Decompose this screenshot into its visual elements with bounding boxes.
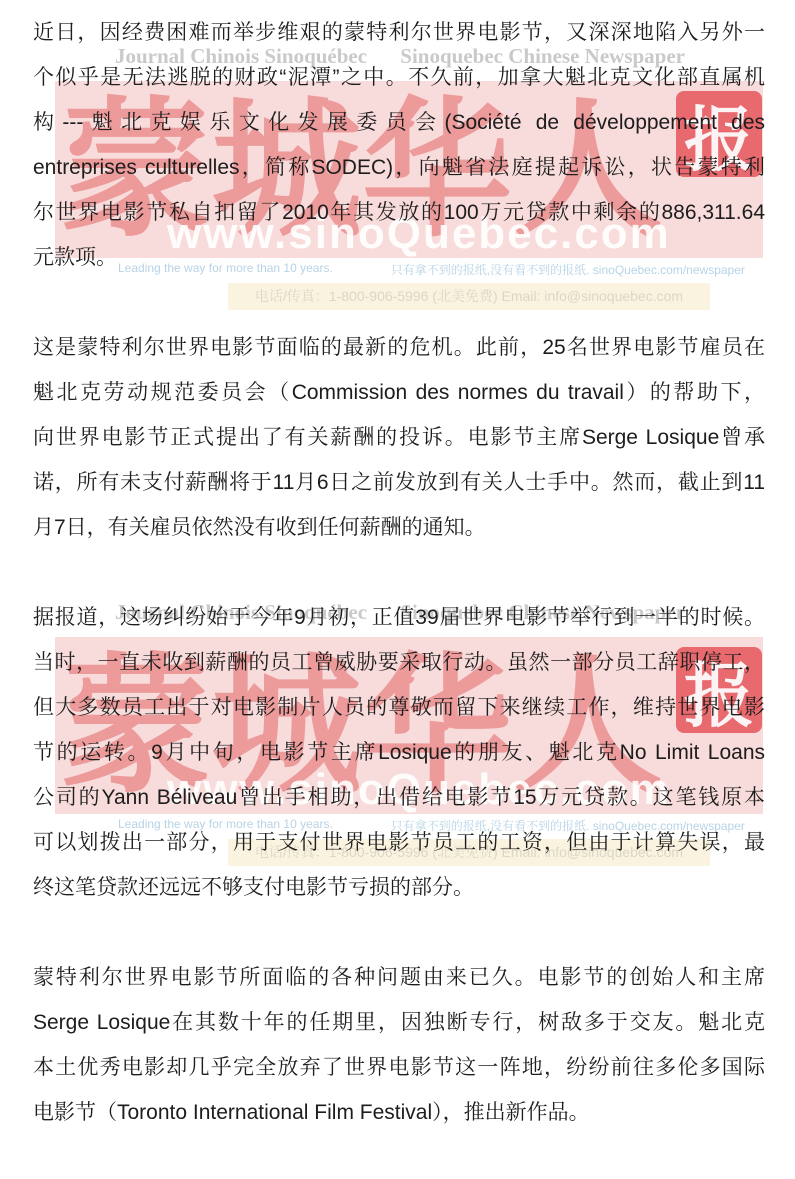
text-line: 电影节（Toronto International Film Festival）… <box>33 1090 765 1135</box>
text-line: 蒙特利尔世界电影节所面临的各种问题由来已久。电影节的创始人和主席 <box>33 955 765 1000</box>
text-line: entreprises culturelles，简称SODEC)，向魁省法庭提起… <box>33 145 765 190</box>
text-line: 构---魁北克娱乐文化发展委员会(Société de développemen… <box>33 100 765 145</box>
text-line: 元款项。 <box>33 235 765 280</box>
text-line: 诺，所有未支付薪酬将于11月6日之前发放到有关人士手中。然而，截止到11 <box>33 460 765 505</box>
paragraph: 蒙特利尔世界电影节所面临的各种问题由来已久。电影节的创始人和主席Serge Lo… <box>33 955 765 1135</box>
text-line: 向世界电影节正式提出了有关薪酬的投诉。电影节主席Serge Losique曾承 <box>33 415 765 460</box>
paragraph: 据报道，这场纠纷始于今年9月初，正值39届世界电影节举行到一半的时候。当时，一直… <box>33 595 765 910</box>
text-line: 公司的Yann Béliveau曾出手相助，出借给电影节15万元贷款。这笔钱原本 <box>33 775 765 820</box>
text-line: 魁北克劳动规范委员会（Commission des normes du trav… <box>33 370 765 415</box>
article-body: 近日，因经费困难而举步维艰的蒙特利尔世界电影节，又深深地陷入另外一个似乎是无法逃… <box>33 10 765 1179</box>
text-line: 但大多数员工出于对电影制片人员的尊敬而留下来继续工作，维持世界电影 <box>33 685 765 730</box>
paragraph: 这是蒙特利尔世界电影节面临的最新的危机。此前，25名世界电影节雇员在魁北克劳动规… <box>33 325 765 550</box>
text-line: 终这笔贷款还远远不够支付电影节亏损的部分。 <box>33 865 765 910</box>
text-line: 月7日，有关雇员依然没有收到任何薪酬的通知。 <box>33 505 765 550</box>
text-line: 节的运转。9月中旬，电影节主席Losique的朋友、魁北克No Limit Lo… <box>33 730 765 775</box>
text-line: 近日，因经费困难而举步维艰的蒙特利尔世界电影节，又深深地陷入另外一 <box>33 10 765 55</box>
text-line: 可以划拨出一部分，用于支付世界电影节员工的工资，但由于计算失误，最 <box>33 820 765 865</box>
text-line: 尔世界电影节私自扣留了2010年其发放的100万元贷款中剩余的886,311.6… <box>33 190 765 235</box>
text-line: 当时，一直未收到薪酬的员工曾威胁要采取行动。虽然一部分员工辞职停工， <box>33 640 765 685</box>
text-line: 本土优秀电影却几乎完全放弃了世界电影节这一阵地，纷纷前往多伦多国际 <box>33 1045 765 1090</box>
text-line: 这是蒙特利尔世界电影节面临的最新的危机。此前，25名世界电影节雇员在 <box>33 325 765 370</box>
paragraph: 近日，因经费困难而举步维艰的蒙特利尔世界电影节，又深深地陷入另外一个似乎是无法逃… <box>33 10 765 280</box>
text-line: 个似乎是无法逃脱的财政“泥潭”之中。不久前，加拿大魁北克文化部直属机 <box>33 55 765 100</box>
newspaper-page: Journal Chinois Sinoquébec Sinoquebec Ch… <box>0 0 795 1179</box>
text-line: Serge Losique在其数十年的任期里，因独断专行，树敌多于交友。魁北克 <box>33 1000 765 1045</box>
text-line: 据报道，这场纠纷始于今年9月初，正值39届世界电影节举行到一半的时候。 <box>33 595 765 640</box>
